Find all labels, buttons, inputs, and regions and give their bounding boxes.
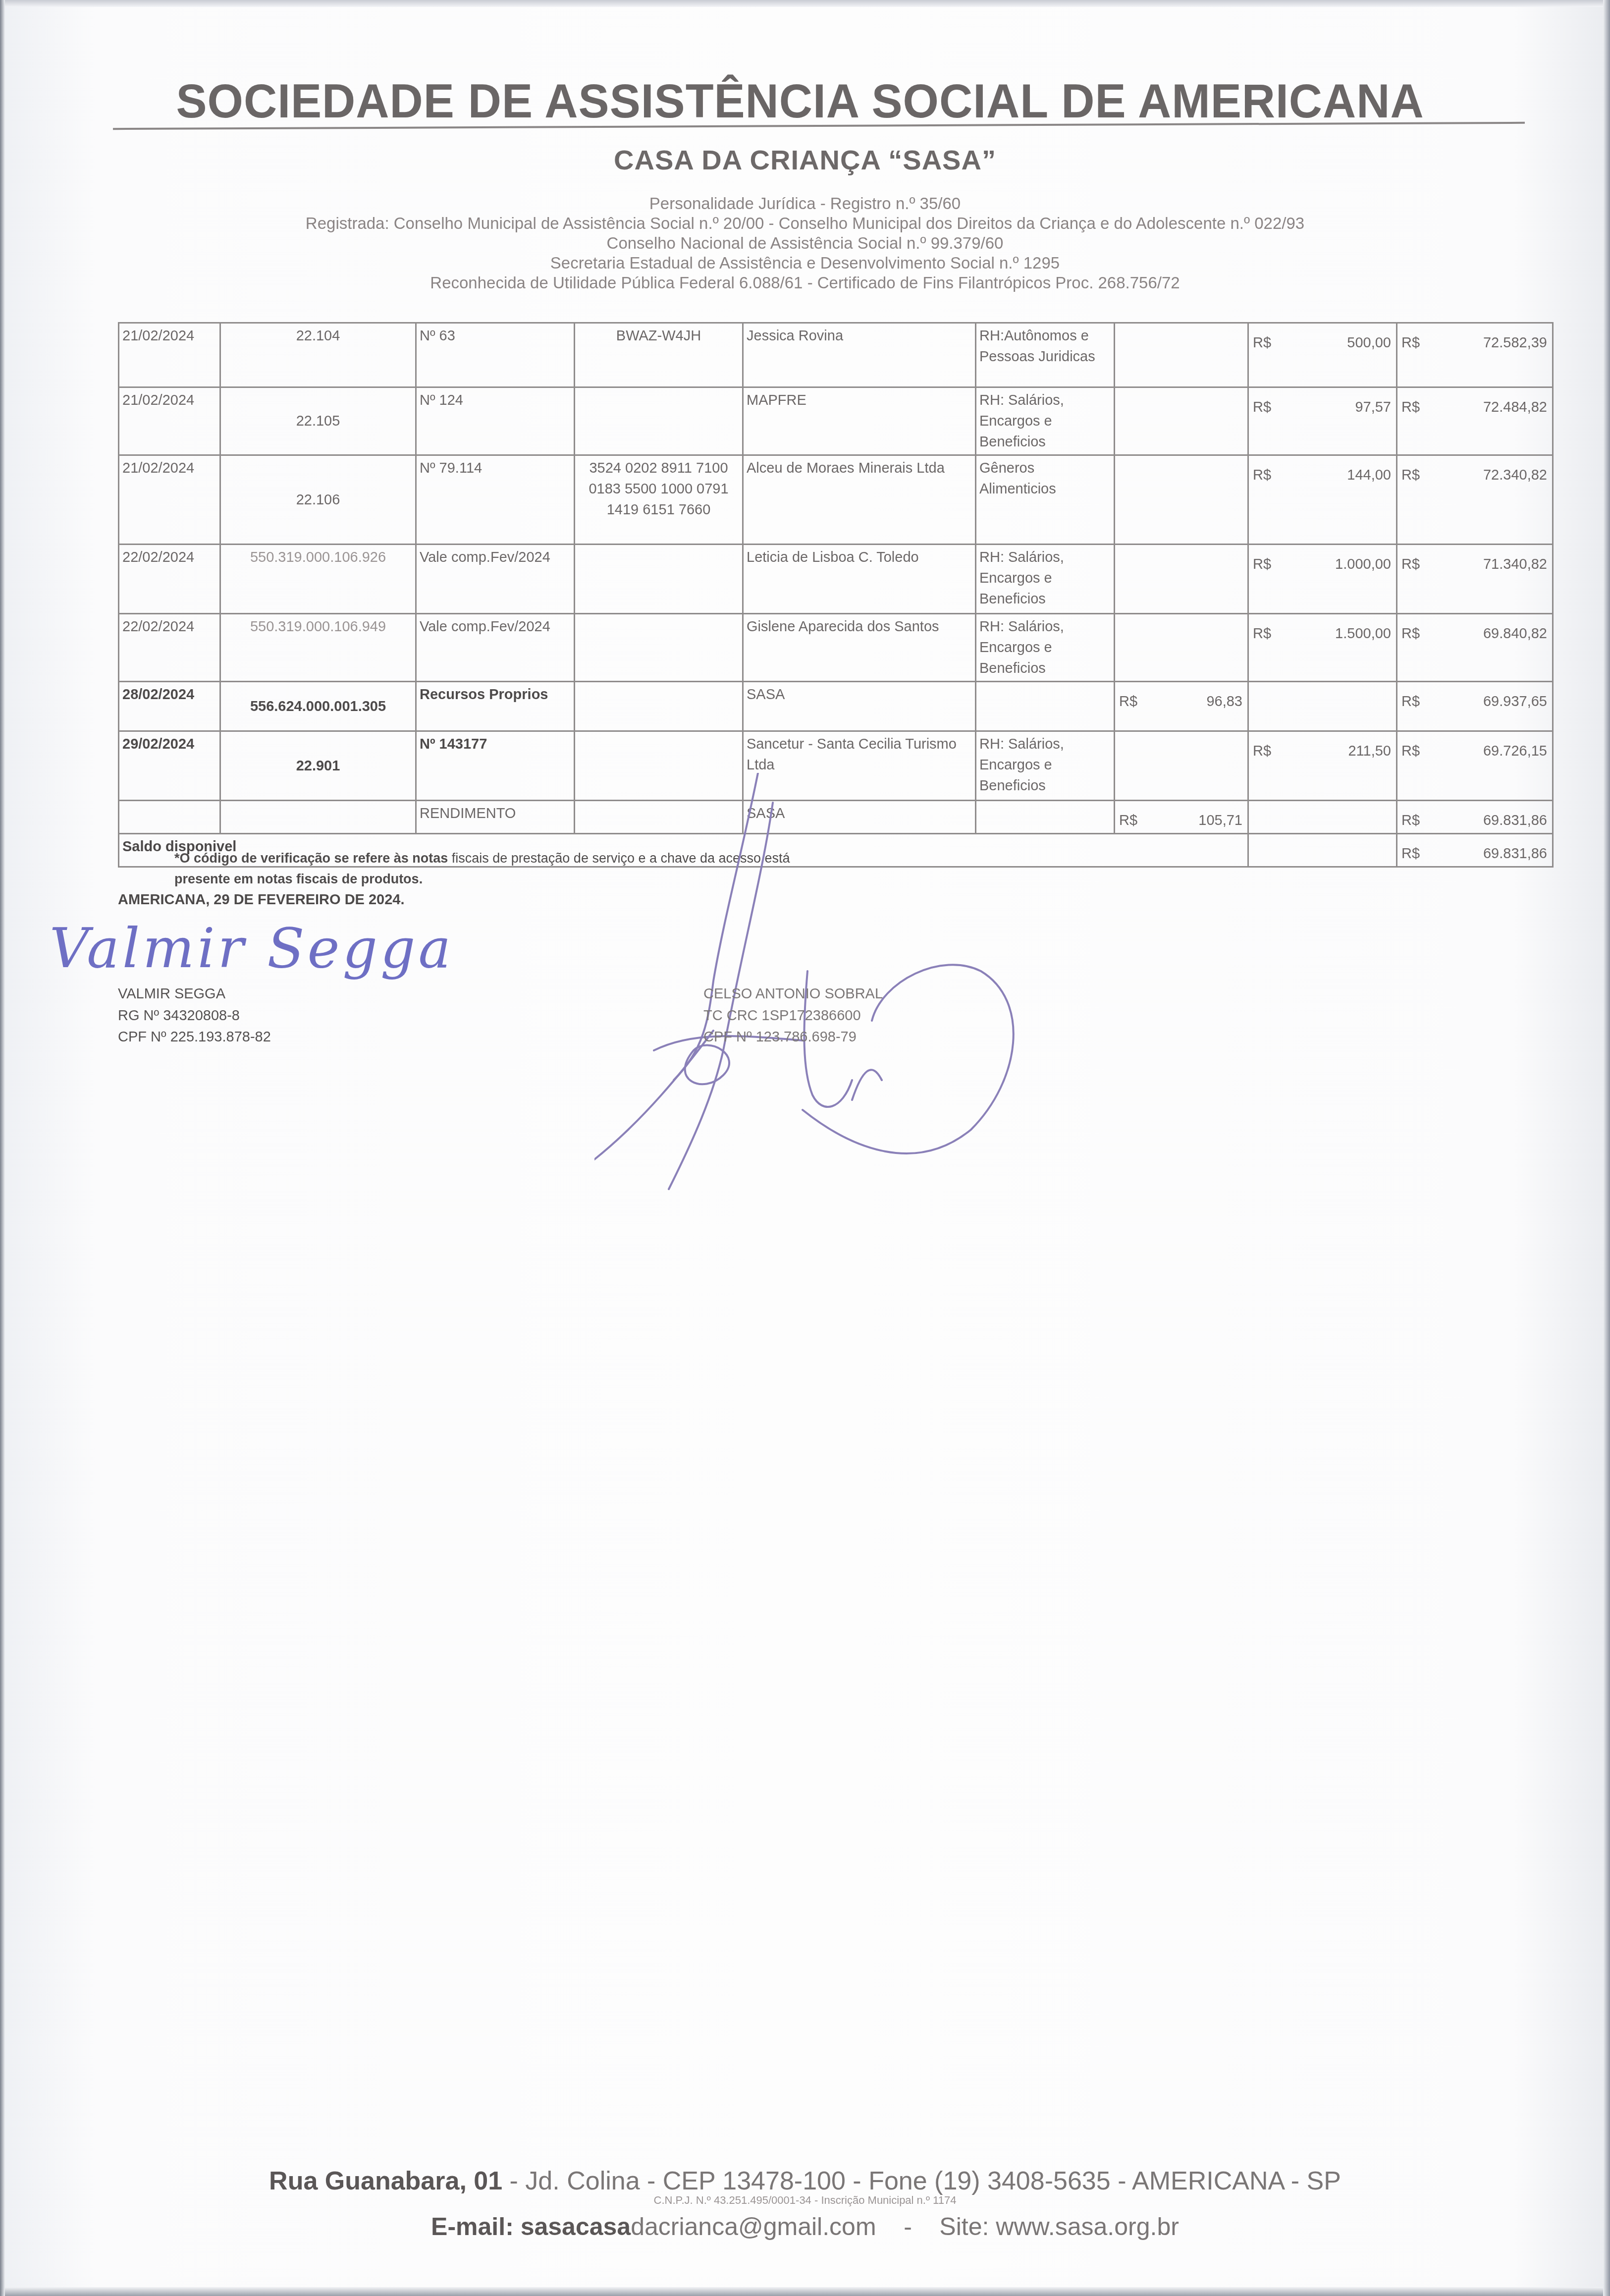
cell-supplier: SASA	[743, 682, 976, 731]
table-row: 21/02/202422.104Nº 63BWAZ-W4JHJessica Ro…	[119, 323, 1553, 387]
organization-subtitle: CASA DA CRIANÇA “SASA”	[0, 144, 1610, 176]
scan-edge-top	[0, 0, 1610, 7]
table-row: 21/02/202422.105Nº 124MAPFRERH: Salários…	[119, 387, 1553, 455]
registration-line: Registrada: Conselho Municipal de Assist…	[0, 214, 1610, 233]
cell-supplier: MAPFRE	[743, 387, 976, 455]
cell-debit-value: 1.500,00	[1335, 623, 1393, 644]
cell-document: 22.901	[220, 731, 416, 801]
cell-verification-code: 3524 0202 8911 7100 0183 5500 1000 0791 …	[575, 455, 743, 545]
currency-symbol: R$	[1400, 741, 1420, 762]
footer-contact: E-mail: sasacasadacrianca@gmail.com - Si…	[0, 2212, 1610, 2241]
cell-category: RH: Salários, Encargos e Beneficios	[976, 614, 1115, 682]
currency-symbol: R$	[1400, 554, 1420, 575]
currency-symbol: R$	[1400, 465, 1420, 486]
signer-right-name: CELSO ANTONIO SOBRAL	[703, 984, 883, 1005]
registration-line: Personalidade Jurídica - Registro n.º 35…	[0, 194, 1610, 213]
place-date: AMERICANA, 29 DE FEVEREIRO DE 2024.	[118, 892, 405, 908]
cell-date: 22/02/2024	[119, 545, 220, 614]
cell-date: 21/02/2024	[119, 455, 220, 545]
saldo-balance: R$69.831,86	[1397, 834, 1553, 867]
cell-empty	[1115, 834, 1248, 867]
cell-credit	[1115, 545, 1248, 614]
cell-date: 28/02/2024	[119, 682, 220, 731]
scan-edge-right	[1603, 0, 1610, 2296]
cell-reference: Nº 63	[416, 323, 575, 387]
cell-balance: R$69.726,15	[1397, 731, 1553, 801]
cell-balance-value: 69.937,65	[1483, 691, 1549, 712]
currency-symbol: R$	[1252, 741, 1271, 762]
currency-symbol: R$	[1400, 623, 1420, 644]
cell-category: RH:Autônomos e Pessoas Juridicas	[976, 323, 1115, 387]
cell-balance: R$72.340,82	[1397, 455, 1553, 545]
footer-email[interactable]: dacrianca@gmail.com	[631, 2213, 876, 2241]
currency-symbol: R$	[1252, 623, 1271, 644]
cell-document: 556.624.000.001.305	[220, 682, 416, 731]
cell-category: RH: Salários, Encargos e Beneficios	[976, 545, 1115, 614]
cell-document: 22.106	[220, 455, 416, 545]
cell-balance: R$72.582,39	[1397, 323, 1553, 387]
footer-address-street: Rua Guanabara, 01	[269, 2167, 502, 2195]
footer-cnpj: C.N.P.J. N.º 43.251.495/0001-34 - Inscri…	[0, 2194, 1610, 2207]
cell-verification-code	[575, 387, 743, 455]
cell-debit-value: 500,00	[1347, 332, 1393, 353]
footer-address: Rua Guanabara, 01 - Jd. Colina - CEP 134…	[0, 2166, 1610, 2196]
cell-credit: R$105,71	[1115, 801, 1248, 834]
cell-debit-value: 97,57	[1355, 397, 1393, 418]
cell-verification-code	[575, 614, 743, 682]
cell-reference: Recursos Proprios	[416, 682, 575, 731]
cell-reference: Nº 143177	[416, 731, 575, 801]
signer-left: VALMIR SEGGA RG Nº 34320808-8 CPF Nº 225…	[118, 984, 271, 1048]
footer-site[interactable]: Site: www.sasa.org.br	[939, 2213, 1179, 2241]
cell-date	[119, 801, 220, 834]
cell-debit	[1248, 801, 1397, 834]
cell-reference: Vale comp.Fev/2024	[416, 614, 575, 682]
cell-debit: R$1.000,00	[1248, 545, 1397, 614]
currency-symbol: R$	[1252, 554, 1271, 575]
cell-balance-value: 72.582,39	[1483, 332, 1549, 353]
cell-credit	[1115, 731, 1248, 801]
cell-balance: R$69.831,86	[1397, 801, 1553, 834]
footnote-line2: presente em notas fiscais de produtos.	[174, 872, 423, 886]
currency-symbol: R$	[1252, 465, 1271, 486]
table-row: 22/02/2024550.319.000.106.949Vale comp.F…	[119, 614, 1553, 682]
cell-credit	[1115, 614, 1248, 682]
cell-credit	[1115, 323, 1248, 387]
signer-right-crc: TC CRC 1SP172386600	[703, 1005, 883, 1027]
signer-left-cpf: CPF Nº 225.193.878-82	[118, 1027, 271, 1048]
cell-reference: Nº 124	[416, 387, 575, 455]
signer-right: CELSO ANTONIO SOBRAL TC CRC 1SP172386600…	[703, 984, 883, 1048]
currency-symbol: R$	[1118, 691, 1137, 712]
cell-debit-value: 211,50	[1348, 741, 1393, 762]
registration-line: Reconhecida de Utilidade Pública Federal…	[0, 273, 1610, 292]
cell-reference: RENDIMENTO	[416, 801, 575, 834]
cell-verification-code	[575, 682, 743, 731]
cell-date: 29/02/2024	[119, 731, 220, 801]
footer-separator: -	[904, 2213, 912, 2241]
currency-symbol: R$	[1400, 810, 1420, 831]
cell-balance-value: 72.340,82	[1483, 465, 1549, 486]
cell-debit: R$500,00	[1248, 323, 1397, 387]
signer-right-cpf: CPF Nº 123.786.698-79	[703, 1027, 883, 1048]
registration-line: Conselho Nacional de Assistência Social …	[0, 234, 1610, 253]
cell-balance: R$69.937,65	[1397, 682, 1553, 731]
table-row: 21/02/202422.106Nº 79.1143524 0202 8911 …	[119, 455, 1553, 545]
currency-symbol: R$	[1252, 332, 1271, 353]
footer-address-rest: - Jd. Colina - CEP 13478-100 - Fone (19)…	[502, 2167, 1341, 2195]
cell-balance-value: 72.484,82	[1483, 397, 1549, 418]
cell-balance: R$69.840,82	[1397, 614, 1553, 682]
cell-empty	[1248, 834, 1397, 867]
handwritten-signature-left: Valmir Segga	[50, 917, 454, 980]
cell-date: 21/02/2024	[119, 323, 220, 387]
cell-balance-value: 69.840,82	[1483, 623, 1549, 644]
cell-document: 550.319.000.106.949	[220, 614, 416, 682]
signer-left-name: VALMIR SEGGA	[118, 984, 271, 1005]
cell-credit-value: 105,71	[1198, 810, 1244, 831]
footnote-bold: *O código de verificação se refere às no…	[174, 851, 448, 866]
cell-document: 22.104	[220, 323, 416, 387]
cell-supplier: Leticia de Lisboa C. Toledo	[743, 545, 976, 614]
currency-symbol: R$	[1118, 810, 1137, 831]
cell-date: 22/02/2024	[119, 614, 220, 682]
cell-debit: R$1.500,00	[1248, 614, 1397, 682]
cell-balance: R$72.484,82	[1397, 387, 1553, 455]
table-row: 28/02/2024556.624.000.001.305Recursos Pr…	[119, 682, 1553, 731]
organization-title: SOCIEDADE DE ASSISTÊNCIA SOCIAL DE AMERI…	[113, 74, 1487, 129]
cell-credit	[1115, 455, 1248, 545]
cell-verification-code: BWAZ-W4JH	[575, 323, 743, 387]
currency-symbol: R$	[1400, 691, 1420, 712]
footer-email-label: E-mail: sasacasa	[431, 2213, 631, 2241]
cell-balance-value: 71.340,82	[1483, 554, 1549, 575]
currency-symbol: R$	[1400, 332, 1420, 353]
cell-reference: Nº 79.114	[416, 455, 575, 545]
table-row: 22/02/2024550.319.000.106.926Vale comp.F…	[119, 545, 1553, 614]
cell-credit-value: 96,83	[1206, 691, 1244, 712]
scan-edge-left	[0, 0, 5, 2296]
cell-category: Gêneros Alimenticios	[976, 455, 1115, 545]
cell-supplier: Jessica Rovina	[743, 323, 976, 387]
cell-reference: Vale comp.Fev/2024	[416, 545, 575, 614]
currency-symbol: R$	[1400, 397, 1420, 418]
cell-debit: R$211,50	[1248, 731, 1397, 801]
saldo-balance-value: 69.831,86	[1483, 843, 1549, 864]
currency-symbol: R$	[1400, 843, 1420, 864]
cell-debit	[1248, 682, 1397, 731]
scan-edge-bottom	[0, 2287, 1610, 2296]
cell-debit: R$97,57	[1248, 387, 1397, 455]
cell-debit-value: 1.000,00	[1335, 554, 1393, 575]
cell-document: 22.105	[220, 387, 416, 455]
cell-document: 550.319.000.106.926	[220, 545, 416, 614]
cell-balance-value: 69.726,15	[1483, 741, 1549, 762]
cell-balance: R$71.340,82	[1397, 545, 1553, 614]
cell-verification-code	[575, 545, 743, 614]
cell-date: 21/02/2024	[119, 387, 220, 455]
cell-credit: R$96,83	[1115, 682, 1248, 731]
cell-document	[220, 801, 416, 834]
cell-supplier: Gislene Aparecida dos Santos	[743, 614, 976, 682]
cell-category: RH: Salários, Encargos e Beneficios	[976, 387, 1115, 455]
document-page: SOCIEDADE DE ASSISTÊNCIA SOCIAL DE AMERI…	[0, 0, 1610, 2296]
cell-debit: R$144,00	[1248, 455, 1397, 545]
cell-balance-value: 69.831,86	[1483, 810, 1549, 831]
cell-credit	[1115, 387, 1248, 455]
currency-symbol: R$	[1252, 397, 1271, 418]
cell-debit-value: 144,00	[1347, 465, 1393, 486]
cell-supplier: Alceu de Moraes Minerais Ltda	[743, 455, 976, 545]
registration-line: Secretaria Estadual de Assistência e Des…	[0, 254, 1610, 273]
cell-category	[976, 682, 1115, 731]
signer-left-rg: RG Nº 34320808-8	[118, 1005, 271, 1027]
